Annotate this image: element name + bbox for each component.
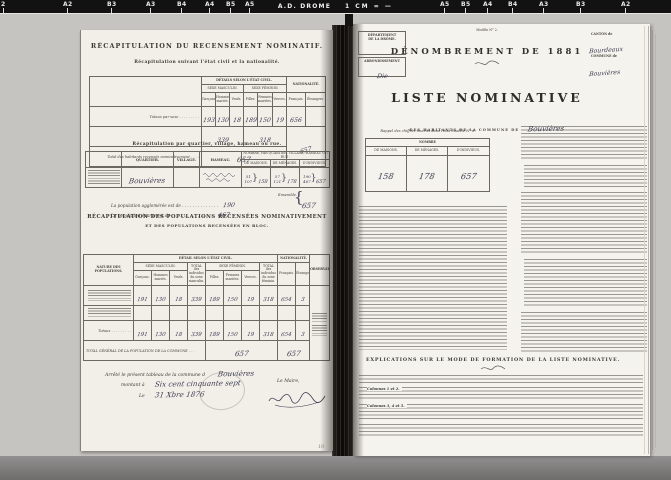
path-el [269,393,325,404]
ruler-mark: B4 [177,1,187,8]
col-veuves: Veuves. [273,93,287,107]
paragraph-label: Colonnes 3, 4 et 5. [367,404,407,408]
value-cell: 3 [296,286,310,306]
path-el [475,61,499,65]
hw-value: 150 [227,297,238,303]
hw-date: 31 Xbre 1876 [154,390,205,400]
hw-value: 318 [263,332,274,338]
hw-value: 150 [227,332,238,338]
span-el: 190467 [303,174,311,184]
value-cell: 150 [224,321,242,341]
hw-value: 158 [257,179,268,185]
details-header: DÉTAILS SELON L'ÉTAT CIVIL. [202,77,287,85]
col-maisons: DE MAISONS. [366,147,407,156]
nationality-header: NATIONALITÉ. [278,255,310,263]
male-total-header: TOTAL des individus du sexe masculin. [188,263,206,286]
value-cell: 130 [152,321,170,341]
tr-el [84,306,330,321]
hw-value: 191 [137,332,148,338]
col-etrangers: Étrangers. [306,93,326,107]
row1-stub [84,286,134,306]
hw-value: 654 [281,332,292,338]
hw-value: 189 [209,297,220,303]
nombre-header: NOMBRE [366,139,490,147]
ruler-mark: A3 [539,1,549,8]
value-cell: 18 [170,286,188,306]
value-cell: 318 [260,321,278,341]
summary-table: NATURE DES POPULATIONS. DÉTAIL SELON L'É… [83,254,330,361]
tr-el: TOTAL GÉNÉRAL DE LA POPULATION DE LA COM… [84,341,330,361]
value-cell: 158 [366,156,407,192]
tr-el: DÉTAILS SELON L'ÉTAT CIVIL. NATIONALITÉ. [90,77,326,85]
ruler-bar: A.D. DROME 1 CM = — 2A2B3A3B4A4B5A5A5B5A… [0,0,671,13]
hw-value: 467 [303,179,311,184]
col-hommes: Hommes mariés. [152,271,170,286]
hw-value: 19 [247,332,255,338]
hw-value: 656 [290,117,303,124]
maisons-cell: 51107}158 [242,168,271,188]
value-cell: 189 [206,286,224,306]
value-cell: 656 [287,107,306,127]
fine-print-greek [88,170,120,185]
value-cell: 189 [244,107,258,127]
value-cell [296,306,310,321]
observations-cell [310,286,330,361]
fine-print-greek [88,290,131,301]
value-cell: 18 [230,107,244,127]
col-etrangers: Étrangers. [296,263,310,286]
value-cell: 654 [278,321,296,341]
fine-print-greek [524,259,647,307]
hw-value: 178 [418,171,435,181]
value-cell: 191 [134,286,152,306]
tr-el: Totaux . . . . . . . . . 191 130 18 339 … [84,321,330,341]
value-cell [134,306,152,321]
spine-texture [332,25,353,457]
col-menages: DE MÉNAGES. [271,160,300,168]
value-cell: 318 [260,286,278,306]
folio-number: 10 [318,444,324,450]
fine-print-greek [521,192,647,254]
explanations-paragraph-3: Colonnes 3, 4 et 5. [359,404,643,420]
fine-print-greek [521,312,647,352]
ornament-flourish [473,60,501,67]
commune-value-wrap: Bouvières [589,60,620,79]
value-cell: 657 [448,156,490,192]
hw-commune: Bouvières [589,69,621,78]
menages-cell: 57121}178 [271,168,300,188]
stub-notes [86,168,122,188]
nationality-header: NATIONALITÉ. [287,77,326,93]
explanations-paragraph-1 [359,375,643,383]
hw-value: 130 [216,117,229,124]
hameau-cell [200,168,242,188]
fine-print-greek [312,313,327,322]
tr-el: Totaux par sexe . . . . . . . . . 193 13… [90,107,326,127]
col-hommes: Hommes mariés. [216,93,230,107]
details-header: DÉTAIL SELON L'ÉTAT CIVIL. [134,255,278,263]
hw-value: 178 [286,179,297,185]
observations-header: OBSERVATIONS. [310,255,330,286]
arrondissement-box: ARRONDISSEMENT Die [358,57,406,77]
row2-stub [84,306,134,321]
value-cell: 150 [224,286,242,306]
col-individus: D'INDIVIDUS. [448,147,490,156]
tr-el: 158 178 657 [366,156,490,192]
fine-print-greek [312,325,327,336]
hw-value: 654 [281,297,292,303]
hw-value: 19 [247,297,255,303]
ruler-mark: A2 [621,1,631,8]
ruler-mark: A5 [245,1,255,8]
total-general-label: TOTAL GÉNÉRAL DE LA POPULATION DE LA COM… [84,341,206,361]
hw-value: 193 [202,117,215,124]
value-cell: 150 [258,107,273,127]
archive-scan: A.D. DROME 1 CM = — 2A2B3A3B4A4B5A5A5B5A… [0,0,671,480]
value-cell: 19 [242,286,260,306]
hw-value: 657 [301,201,316,210]
col-veuves: Veuves. [242,271,260,286]
stub-blank [86,152,122,168]
bloc-heading-2: ET DES POPULATIONS RECENSÉES EN BLOC. [81,223,333,228]
value-cell [306,107,326,127]
value-cell [242,306,260,321]
fine-print-greek [88,308,131,318]
closing-line-3: Le 31 Xbre 1876 [139,382,204,401]
hw-value: 189 [244,117,257,124]
value-cell: 339 [188,321,206,341]
value-cell [278,306,296,321]
value-cell [188,306,206,321]
tr-el: NOMBRE [366,139,490,147]
page-stack-edge [652,30,653,450]
fine-print-greek [524,165,647,187]
explanations-paragraph-4 [359,424,643,436]
hw-value: 3 [300,332,304,338]
value-cell [224,306,242,321]
col-maisons: DE MAISONS. [242,160,271,168]
value-cell: 130 [152,286,170,306]
tr-el: DE MAISONS. DE MÉNAGES. D'INDIVIDUS. [366,147,490,156]
row-totals-label: Totaux par sexe . . . . . . . . . [90,107,202,127]
left-page: RÉCAPITULATION DU RECENSEMENT NOMINATIF.… [81,30,333,451]
hw-value: 657 [316,179,327,185]
tbody-el: NATURE DES POPULATIONS. DÉTAIL SELON L'É… [84,255,330,361]
left-page-title: RÉCAPITULATION DU RECENSEMENT NOMINATIF. [81,42,333,50]
ruler-mark: A5 [440,1,450,8]
explanations-paragraph-2: Colonnes 1 et 2. [359,387,643,400]
value-cell: 191 [134,321,152,341]
hw-value: 18 [232,117,241,124]
hw-value: 657 [286,349,301,358]
ruler-mark: A4 [205,1,215,8]
male-group-header: SEXE MASCULIN. [202,85,244,93]
ornament-flourish [479,365,507,372]
tr-el: QUARTIER. VILLAGE. HAMEAU. NOMBRE, PAR Q… [86,152,330,160]
ruler-mark: B5 [226,1,236,8]
explanations-heading: EXPLICATIONS SUR LE MODE DE FORMATION DE… [353,357,633,363]
path-el [206,179,230,182]
hw-value: 191 [137,297,148,303]
totaux-label: Totaux . . . . . . . . . [84,321,134,341]
fine-print-greek [521,126,647,160]
value-cell: 178 [407,156,448,192]
value-cell: 339 [188,286,206,306]
ruler-mark: A2 [63,1,73,8]
col-garcons: Garçons. [202,93,216,107]
arrondissement-value-wrap: Die [359,63,405,82]
tbody-el: NOMBRE DE MAISONS. DE MÉNAGES. D'INDIVID… [366,139,490,192]
col-filles: Filles. [244,93,258,107]
col-quartier: QUARTIER. [122,152,174,168]
mayor-signature [267,387,327,409]
hw-value: 3 [300,297,304,303]
district-heading: Récapitulation par quartier, village, ha… [81,142,333,147]
hw-value: 339 [191,332,202,338]
col-hameau: HAMEAU. [200,152,242,168]
closing-label: Le [139,394,145,399]
tr-el: Bouvières 51107}158 57121}178 190467}657 [86,168,330,188]
commune-label: COMMUNE de [591,55,617,59]
ruler-mark: 2 [1,1,6,8]
ruler-mark: B3 [107,1,117,8]
hw-value: 189 [209,332,220,338]
col-veufs: Veufs. [170,271,188,286]
page-stack-edge [655,34,656,448]
scanner-bed-shadow [0,456,671,480]
hw-value: 158 [377,171,394,181]
hw-value: 657 [460,171,477,181]
ruler-mark: B5 [461,1,471,8]
hw-value: 18 [175,297,183,303]
female-total-header: TOTAL des individus du sexe féminin. [260,263,278,286]
spine [332,25,353,457]
col-village: VILLAGE. [174,152,200,168]
value-cell: 18 [170,321,188,341]
hw-arrondissement: Die [376,73,388,80]
nombre-header: NOMBRE, PAR QUARTIER, VILLAGE, HAMEAU OU… [242,152,330,160]
model-label: Modèle N° 2. [413,29,561,33]
value-cell [170,306,188,321]
value-cell [206,306,224,321]
path-el [481,366,505,370]
hw-value: 318 [263,297,274,303]
list-title: LISTE NOMINATIVE [353,90,621,105]
hw-value: 657 [234,349,249,358]
scale-label: 1 CM = — [345,3,393,10]
census-title: DÉNOMBREMENT DE 1881 [353,47,621,57]
value-cell: 654 [278,286,296,306]
value-cell: 189 [206,321,224,341]
ruler-mark: B4 [508,1,518,8]
col-veufs: Veufs. [230,93,244,107]
hw-commune-name: Bouvières [129,176,167,186]
value-cell: 193 [202,107,216,127]
value-cell: 3 [296,321,310,341]
hw-value: 130 [155,332,166,338]
district-table: QUARTIER. VILLAGE. HAMEAU. NOMBRE, PAR Q… [85,151,330,188]
col-menages: DE MÉNAGES. [407,147,448,156]
value-cell: 19 [273,107,287,127]
male-group-header: SEXE MASCULIN. [134,263,188,271]
ruler-mark: A4 [483,1,493,8]
ruler-mark: B3 [576,1,586,8]
tr-el: NATURE DES POPULATIONS. DÉTAIL SELON L'É… [84,255,330,263]
col-francais: Français. [287,93,306,107]
hw-value: 130 [155,297,166,303]
ruler-mark: A3 [146,1,156,8]
hw-value: 19 [275,117,284,124]
mayor-label: Le Maire, [277,379,300,385]
tbody-el: QUARTIER. VILLAGE. HAMEAU. NOMBRE, PAR Q… [86,152,330,188]
path-el [203,174,235,177]
total-general-left: 657 [206,341,278,361]
value-cell: 19 [242,321,260,341]
col-francais: Français. [278,263,296,286]
hw-value: 339 [191,297,202,303]
stub-blank [90,77,202,107]
paragraph-label: Colonnes 1 et 2. [367,387,402,391]
left-column-fine-print [359,206,507,350]
ensemble-value-wrap: 657 [302,193,316,212]
spine-top [345,13,353,26]
value-cell: 130 [216,107,230,127]
total-general-right: 657 [278,341,310,361]
individus-cell: 190467}657 [300,168,330,188]
col-individus: D'INDIVIDUS. [300,160,330,168]
value-cell [260,306,278,321]
village-cell [174,168,200,188]
value-cell [152,306,170,321]
department-line2: DE LA DRÔME. [359,38,405,42]
left-page-subtitle: Récapitulation suivant l'état civil et l… [81,60,333,65]
ruler-baseline [0,13,671,14]
female-group-header: SEXE FÉMININ. [206,263,260,271]
tr-el: 191 130 18 339 189 150 19 318 654 3 [84,286,330,306]
hw-value: 18 [175,332,183,338]
stub-header: NATURE DES POPULATIONS. [84,255,134,286]
recall-caption: Rappel des chiffres inscrits dans l'état… [353,129,503,133]
female-group-header: SEXE FÉMININ. [244,85,287,93]
col-filles: Filles. [206,271,224,286]
right-column-fine-print [521,126,647,352]
archive-label: A.D. DROME [278,3,331,10]
hw-value: 150 [259,117,272,124]
recall-table: NOMBRE DE MAISONS. DE MÉNAGES. D'INDIVID… [365,138,490,192]
col-femmes: Femmes mariées. [258,93,273,107]
col-femmes: Femmes mariées. [224,271,242,286]
handwriting-scribble [202,171,240,183]
right-page: DÉPARTEMENT DE LA DRÔME. ARRONDISSEMENT … [353,24,650,456]
quartier-cell: Bouvières [122,168,174,188]
col-garcons: Garçons. [134,271,152,286]
bloc-heading-1: RÉCAPITULATION DES POPULATIONS RECENSÉES… [81,214,333,220]
